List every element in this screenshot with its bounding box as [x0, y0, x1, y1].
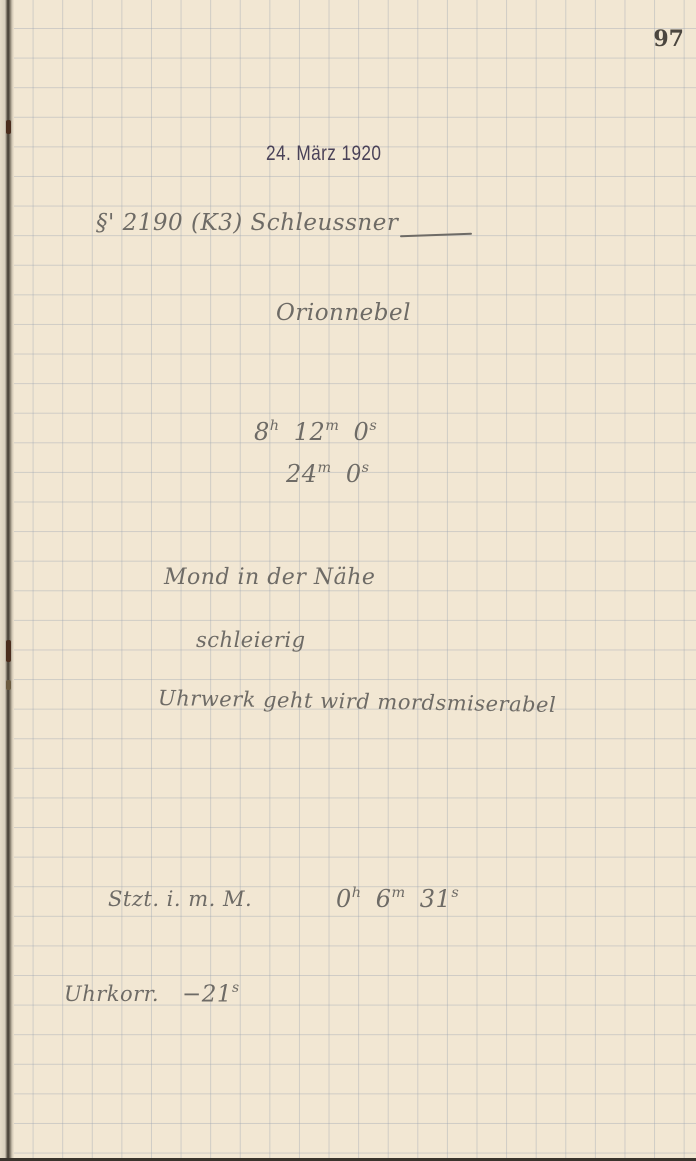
clock-correction-value: −21s: [182, 980, 246, 1008]
seconds-value: 31: [420, 885, 452, 913]
page-number: 97: [653, 26, 684, 52]
ink-stroke: [400, 233, 472, 238]
seconds-unit: s: [369, 418, 377, 434]
hours-unit: h: [270, 418, 280, 434]
binding-stain: [6, 680, 11, 690]
binding-stain: [6, 120, 11, 134]
page-binding-edge: [0, 0, 14, 1161]
notebook-page: 97 24. März 1920 §' 2190 (K3) Schleussne…: [0, 0, 696, 1161]
correction-value: −21: [182, 982, 232, 1008]
exposure-end-time: 24m 0s: [286, 460, 376, 488]
seconds-value: 0: [346, 460, 362, 488]
plate-entry: §' 2190 (K3) Schleussner: [96, 210, 398, 236]
sidereal-time-label: Stzt. i. m. M.: [108, 887, 252, 911]
hours-unit: h: [352, 885, 362, 901]
seconds-unit: s: [232, 980, 240, 996]
hours-value: 0: [336, 885, 352, 913]
note-clockwork: Uhrwerk geht wird mordsmiserabel: [158, 686, 557, 717]
minutes-value: 24: [286, 460, 318, 488]
hours-value: 8: [254, 418, 270, 446]
clock-correction-label: Uhrkorr.: [64, 982, 159, 1006]
object-name: Orionnebel: [276, 300, 411, 326]
seconds-unit: s: [451, 885, 459, 901]
minutes-unit: m: [325, 418, 339, 434]
seconds-value: 0: [354, 418, 370, 446]
note-moon: Mond in der Nähe: [164, 565, 375, 590]
sidereal-time-value: 0h 6m 31s: [336, 885, 465, 913]
exposure-start-time: 8h 12m 0s: [254, 418, 383, 446]
binding-stain: [6, 640, 11, 662]
minutes-unit: m: [318, 460, 332, 476]
minutes-value: 12: [294, 418, 326, 446]
date-stamp: 24. März 1920: [266, 142, 381, 166]
minutes-value: 6: [376, 885, 392, 913]
note-hazy: schleierig: [196, 628, 306, 652]
minutes-unit: m: [391, 885, 405, 901]
seconds-unit: s: [362, 460, 370, 476]
